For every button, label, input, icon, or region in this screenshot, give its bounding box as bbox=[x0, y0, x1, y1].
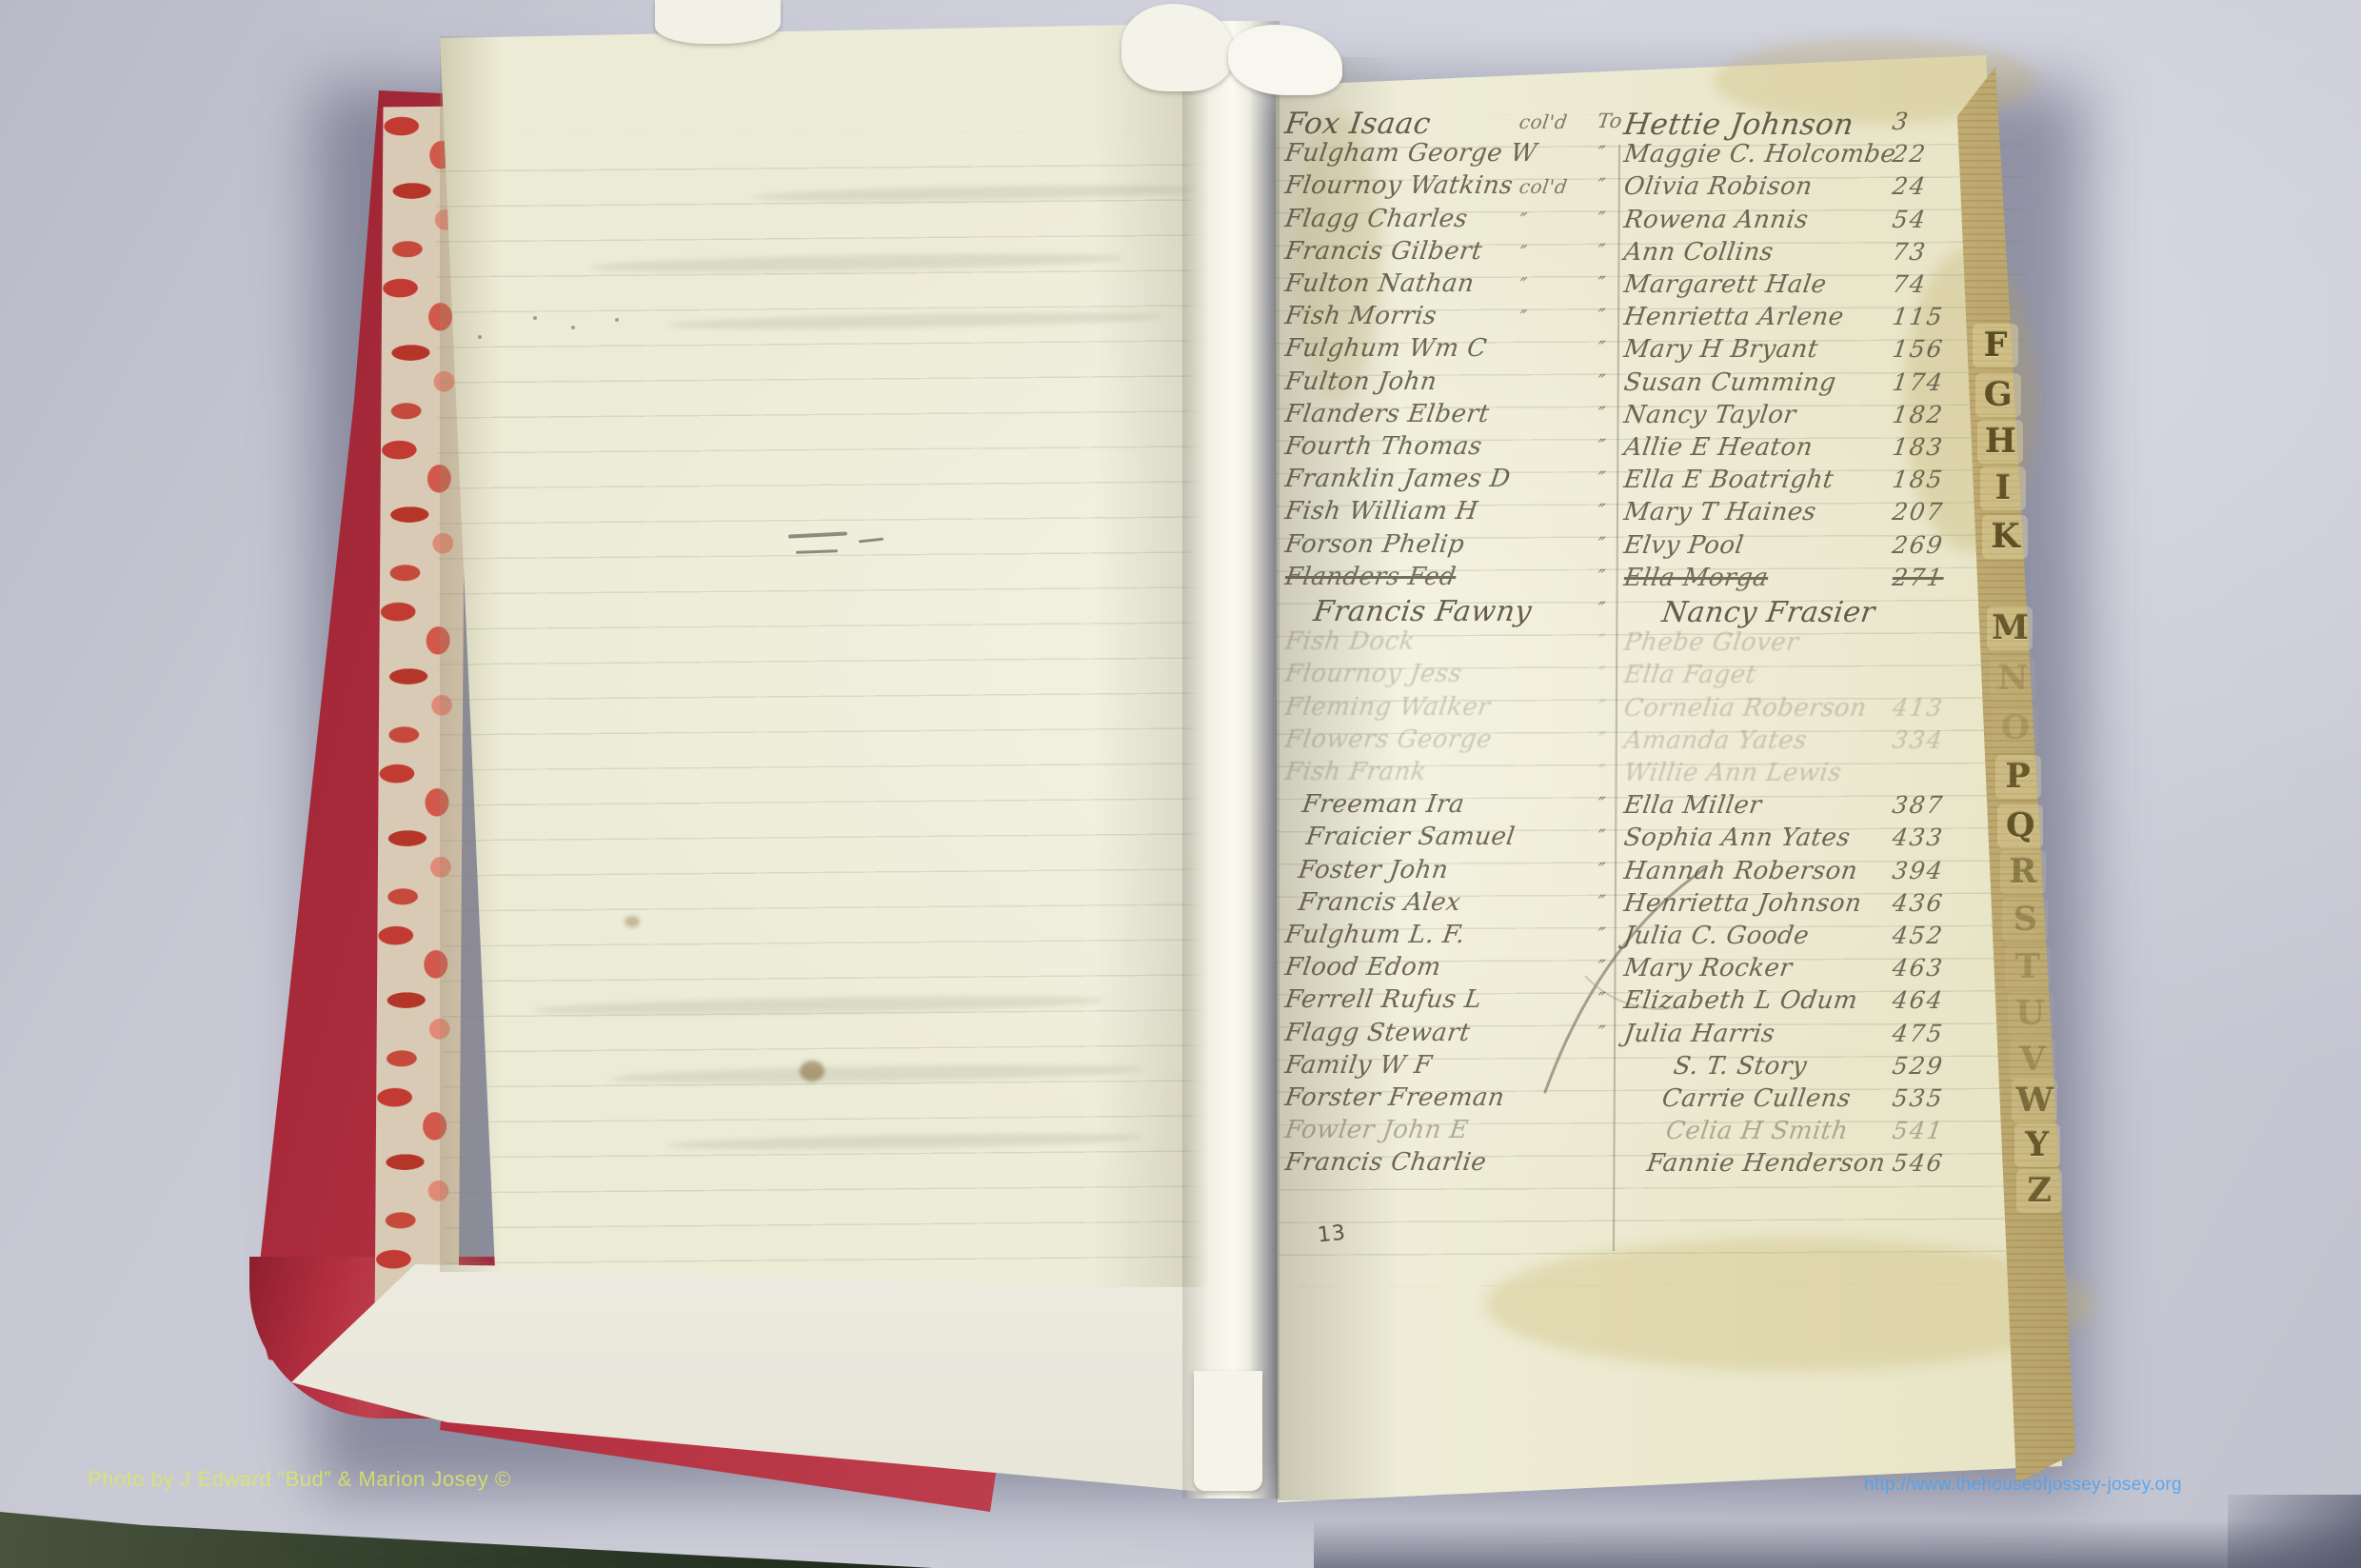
groom-name: Flowers George bbox=[1283, 725, 1494, 754]
groom-name: Foster John bbox=[1297, 856, 1450, 884]
page-ref: 207 bbox=[1891, 498, 1946, 526]
bride-name: Ella Faget bbox=[1622, 661, 1758, 689]
ledger-photo: FGHIKMNOPQRSTUVWYZ Fox Isaac col'd To He… bbox=[0, 0, 2361, 1568]
ledger-row: Flanders Fed ″ Ella Morga 271 bbox=[1274, 563, 2054, 597]
bride-name: Nancy Taylor bbox=[1622, 401, 1798, 429]
to-ditto-mark: ″ bbox=[1596, 403, 1607, 426]
ledger-row: Fulton John ″ Susan Cumming 174 bbox=[1274, 367, 2054, 402]
bride-name: Phebe Glover bbox=[1622, 628, 1800, 657]
groom-name: Ferrell Rufus L bbox=[1283, 985, 1483, 1014]
page-ref: 271 bbox=[1891, 564, 1946, 591]
to-ditto-mark: ″ bbox=[1596, 825, 1607, 848]
page-ref: 269 bbox=[1891, 531, 1946, 559]
to-ditto-mark: ″ bbox=[1596, 533, 1607, 556]
bride-name: Hettie Johnson bbox=[1621, 108, 1855, 142]
bride-name: Elvy Pool bbox=[1622, 531, 1746, 560]
website-watermark: http://www.thehouseofjossey-josey.org bbox=[1864, 1475, 2182, 1496]
to-ditto-mark: ″ bbox=[1596, 435, 1607, 458]
groom-name: Fulton Nathan bbox=[1283, 269, 1477, 298]
to-ditto-mark: ″ bbox=[1596, 696, 1607, 719]
page-ref: 73 bbox=[1891, 238, 1929, 266]
bride-name: Celia H Smith bbox=[1664, 1117, 1850, 1145]
ledger-row: Fowler John E Celia H Smith 541 bbox=[1274, 1116, 2054, 1150]
ledger-row: Francis Fawny ″ Nancy Frasier bbox=[1274, 595, 2054, 629]
to-ditto-mark: ″ bbox=[1596, 370, 1607, 393]
page-ref: 3 bbox=[1891, 108, 1912, 135]
groom-name: Fraicier Samuel bbox=[1304, 823, 1517, 851]
bride-name: Henrietta Arlene bbox=[1622, 303, 1846, 331]
bride-name: Margarett Hale bbox=[1622, 270, 1829, 299]
bride-name: Maggie C. Holcombe bbox=[1622, 140, 1898, 169]
ledger-row: Fraicier Samuel ″ Sophia Ann Yates 433 bbox=[1274, 823, 2054, 857]
page-ref: 183 bbox=[1891, 433, 1946, 461]
page-ref: 394 bbox=[1891, 857, 1946, 884]
ledger-row: Forson Phelip ″ Elvy Pool 269 bbox=[1274, 530, 2054, 565]
groom-name: Franklin James D bbox=[1283, 465, 1513, 493]
ledger-row: Freeman Ira ″ Ella Miller 387 bbox=[1274, 790, 2054, 824]
bride-name: Ella Morga bbox=[1622, 564, 1770, 592]
to-ditto-mark: ″ bbox=[1596, 240, 1607, 263]
bride-name: Susan Cumming bbox=[1622, 368, 1838, 397]
to-ditto-mark: ″ bbox=[1596, 337, 1607, 360]
bride-name: Sophia Ann Yates bbox=[1622, 824, 1853, 852]
to-ditto-mark: ″ bbox=[1596, 630, 1607, 653]
colored-note: ″ bbox=[1518, 273, 1528, 296]
bride-name: Olivia Robison bbox=[1622, 172, 1815, 201]
page-ref: 433 bbox=[1891, 824, 1946, 851]
ledger-row: Flanders Elbert ″ Nancy Taylor 182 bbox=[1274, 400, 2054, 434]
groom-name: Forson Phelip bbox=[1283, 530, 1466, 559]
groom-name: Francis Charlie bbox=[1283, 1148, 1489, 1177]
ledger-row: Fish Dock ″ Phebe Glover bbox=[1274, 627, 2054, 662]
groom-name: Francis Gilbert bbox=[1283, 237, 1484, 266]
groom-name: Fish Frank bbox=[1283, 758, 1428, 786]
groom-name: Fulghum Wm C bbox=[1283, 334, 1489, 363]
groom-name: Flagg Charles bbox=[1283, 205, 1470, 233]
colored-note: ″ bbox=[1518, 306, 1528, 328]
ledger-row: Fulton Nathan ″ ″ Margarett Hale 74 bbox=[1274, 269, 2054, 304]
groom-name: Fish Morris bbox=[1283, 302, 1438, 330]
groom-name: Fish William H bbox=[1283, 497, 1480, 526]
ledger-row: Flournoy Jess ″ Ella Faget bbox=[1274, 660, 2054, 694]
bride-name: Amanda Yates bbox=[1622, 726, 1809, 755]
bride-name: Ella Miller bbox=[1622, 791, 1763, 820]
bride-name: Rowena Annis bbox=[1622, 206, 1811, 234]
ledger-row: Francis Gilbert ″ ″ Ann Collins 73 bbox=[1274, 237, 2054, 271]
bride-name: Ella E Boatright bbox=[1622, 466, 1835, 494]
bride-name: Willie Ann Lewis bbox=[1622, 759, 1843, 787]
page-ref: 413 bbox=[1891, 694, 1946, 722]
to-ditto-mark: ″ bbox=[1596, 174, 1607, 197]
to-ditto-mark: ″ bbox=[1596, 566, 1607, 588]
page-ref: 535 bbox=[1891, 1084, 1946, 1112]
to-ditto-mark: ″ bbox=[1596, 500, 1607, 523]
ledger-row: Fish Morris ″ ″ Henrietta Arlene 115 bbox=[1274, 302, 2054, 336]
page-ref: 463 bbox=[1891, 954, 1946, 982]
page-ref: 475 bbox=[1891, 1020, 1946, 1047]
page-ref: 387 bbox=[1891, 791, 1946, 819]
ledger-row: Franklin James D ″ Ella E Boatright 185 bbox=[1274, 465, 2054, 499]
to-ditto-mark: ″ bbox=[1596, 208, 1607, 230]
index-entries: Fox Isaac col'd To Hettie Johnson 3 Fulg… bbox=[0, 0, 2361, 1568]
colored-note: ″ bbox=[1518, 208, 1528, 231]
ledger-row: Fulghum Wm C ″ Mary H Bryant 156 bbox=[1274, 334, 2054, 368]
pen-flourish bbox=[1490, 862, 1718, 1100]
groom-name: Flanders Fed bbox=[1283, 563, 1458, 591]
groom-name: Flood Edom bbox=[1283, 953, 1443, 982]
to-ditto-mark: ″ bbox=[1596, 142, 1607, 165]
bride-name: Allie E Heaton bbox=[1622, 433, 1815, 462]
page-ref: 24 bbox=[1891, 172, 1929, 200]
photo-credit-watermark: Photo by J Edward “Bud” & Marion Josey © bbox=[88, 1467, 511, 1492]
bride-name: Cornelia Roberson bbox=[1622, 694, 1869, 723]
bride-name: Ann Collins bbox=[1622, 238, 1776, 267]
page-ref: 541 bbox=[1891, 1117, 1946, 1144]
ledger-row: Fleming Walker ″ Cornelia Roberson 413 bbox=[1274, 693, 2054, 727]
colored-note: ″ bbox=[1518, 241, 1528, 264]
page-ref: 464 bbox=[1891, 986, 1946, 1014]
to-ditto-mark: ″ bbox=[1596, 728, 1607, 751]
groom-name: Flanders Elbert bbox=[1283, 400, 1492, 428]
page-ref: 452 bbox=[1891, 922, 1946, 949]
page-ref: 546 bbox=[1891, 1149, 1946, 1177]
bride-name: Nancy Frasier bbox=[1660, 596, 1877, 629]
page-ref: 334 bbox=[1891, 726, 1946, 754]
to-ditto-mark: To bbox=[1596, 109, 1623, 132]
groom-name: Family W F bbox=[1283, 1051, 1434, 1080]
to-ditto-mark: ″ bbox=[1596, 467, 1607, 490]
ledger-row: Fox Isaac col'd To Hettie Johnson 3 bbox=[1274, 107, 2054, 141]
groom-name: Fulghum L. F. bbox=[1283, 921, 1467, 949]
ledger-row: Flournoy Watkins col'd ″ Olivia Robison … bbox=[1274, 171, 2054, 206]
ledger-row: Fish William H ″ Mary T Haines 207 bbox=[1274, 497, 2054, 531]
to-ditto-mark: ″ bbox=[1596, 598, 1607, 621]
groom-name: Flagg Stewart bbox=[1283, 1019, 1472, 1047]
groom-name: Fowler John E bbox=[1283, 1116, 1470, 1144]
page-ref: 182 bbox=[1891, 401, 1946, 428]
colored-note: col'd bbox=[1518, 175, 1569, 198]
bride-name: Mary T Haines bbox=[1622, 498, 1818, 526]
page-ref: 74 bbox=[1891, 270, 1929, 298]
to-ditto-mark: ″ bbox=[1596, 663, 1607, 685]
page-ref: 22 bbox=[1891, 140, 1929, 168]
groom-name: Freeman Ira bbox=[1300, 790, 1466, 819]
to-ditto-mark: ″ bbox=[1596, 272, 1607, 295]
groom-name: Flournoy Jess bbox=[1283, 660, 1464, 688]
page-ref: 54 bbox=[1891, 206, 1929, 233]
page-ref: 436 bbox=[1891, 889, 1946, 917]
groom-name: Fulgham George W bbox=[1283, 139, 1538, 168]
page-ref: 115 bbox=[1891, 303, 1946, 330]
bride-name: Mary H Bryant bbox=[1622, 335, 1820, 364]
page-ref: 156 bbox=[1891, 335, 1946, 363]
ledger-row: Flowers George ″ Amanda Yates 334 bbox=[1274, 725, 2054, 760]
ledger-row: Fish Frank ″ Willie Ann Lewis bbox=[1274, 758, 2054, 792]
groom-name: Flournoy Watkins bbox=[1283, 171, 1515, 200]
page-ref: 185 bbox=[1891, 466, 1946, 493]
groom-name: Fox Isaac bbox=[1282, 107, 1433, 141]
page-ref: 174 bbox=[1891, 368, 1946, 396]
ledger-row: Flagg Charles ″ ″ Rowena Annis 54 bbox=[1274, 205, 2054, 239]
page-ref: 529 bbox=[1891, 1052, 1946, 1080]
groom-name: Fourth Thomas bbox=[1283, 432, 1484, 461]
groom-name: Fish Dock bbox=[1283, 627, 1417, 656]
groom-name: Francis Fawny bbox=[1312, 595, 1535, 628]
colored-note: col'd bbox=[1518, 110, 1569, 133]
groom-name: Fleming Walker bbox=[1283, 693, 1492, 722]
bride-name: Fannie Henderson bbox=[1645, 1149, 1887, 1178]
page-number: 13 bbox=[1317, 1221, 1347, 1248]
ledger-row: Fourth Thomas ″ Allie E Heaton 183 bbox=[1274, 432, 2054, 466]
groom-name: Forster Freeman bbox=[1283, 1083, 1506, 1112]
to-ditto-mark: ″ bbox=[1596, 793, 1607, 816]
groom-name: Fulton John bbox=[1283, 367, 1438, 396]
to-ditto-mark: ″ bbox=[1596, 305, 1607, 327]
groom-name: Francis Alex bbox=[1297, 888, 1463, 917]
ledger-row: Fulgham George W ″ Maggie C. Holcombe 22 bbox=[1274, 139, 2054, 173]
ledger-row: Francis Charlie Fannie Henderson 546 bbox=[1274, 1148, 2054, 1182]
to-ditto-mark: ″ bbox=[1596, 761, 1607, 784]
